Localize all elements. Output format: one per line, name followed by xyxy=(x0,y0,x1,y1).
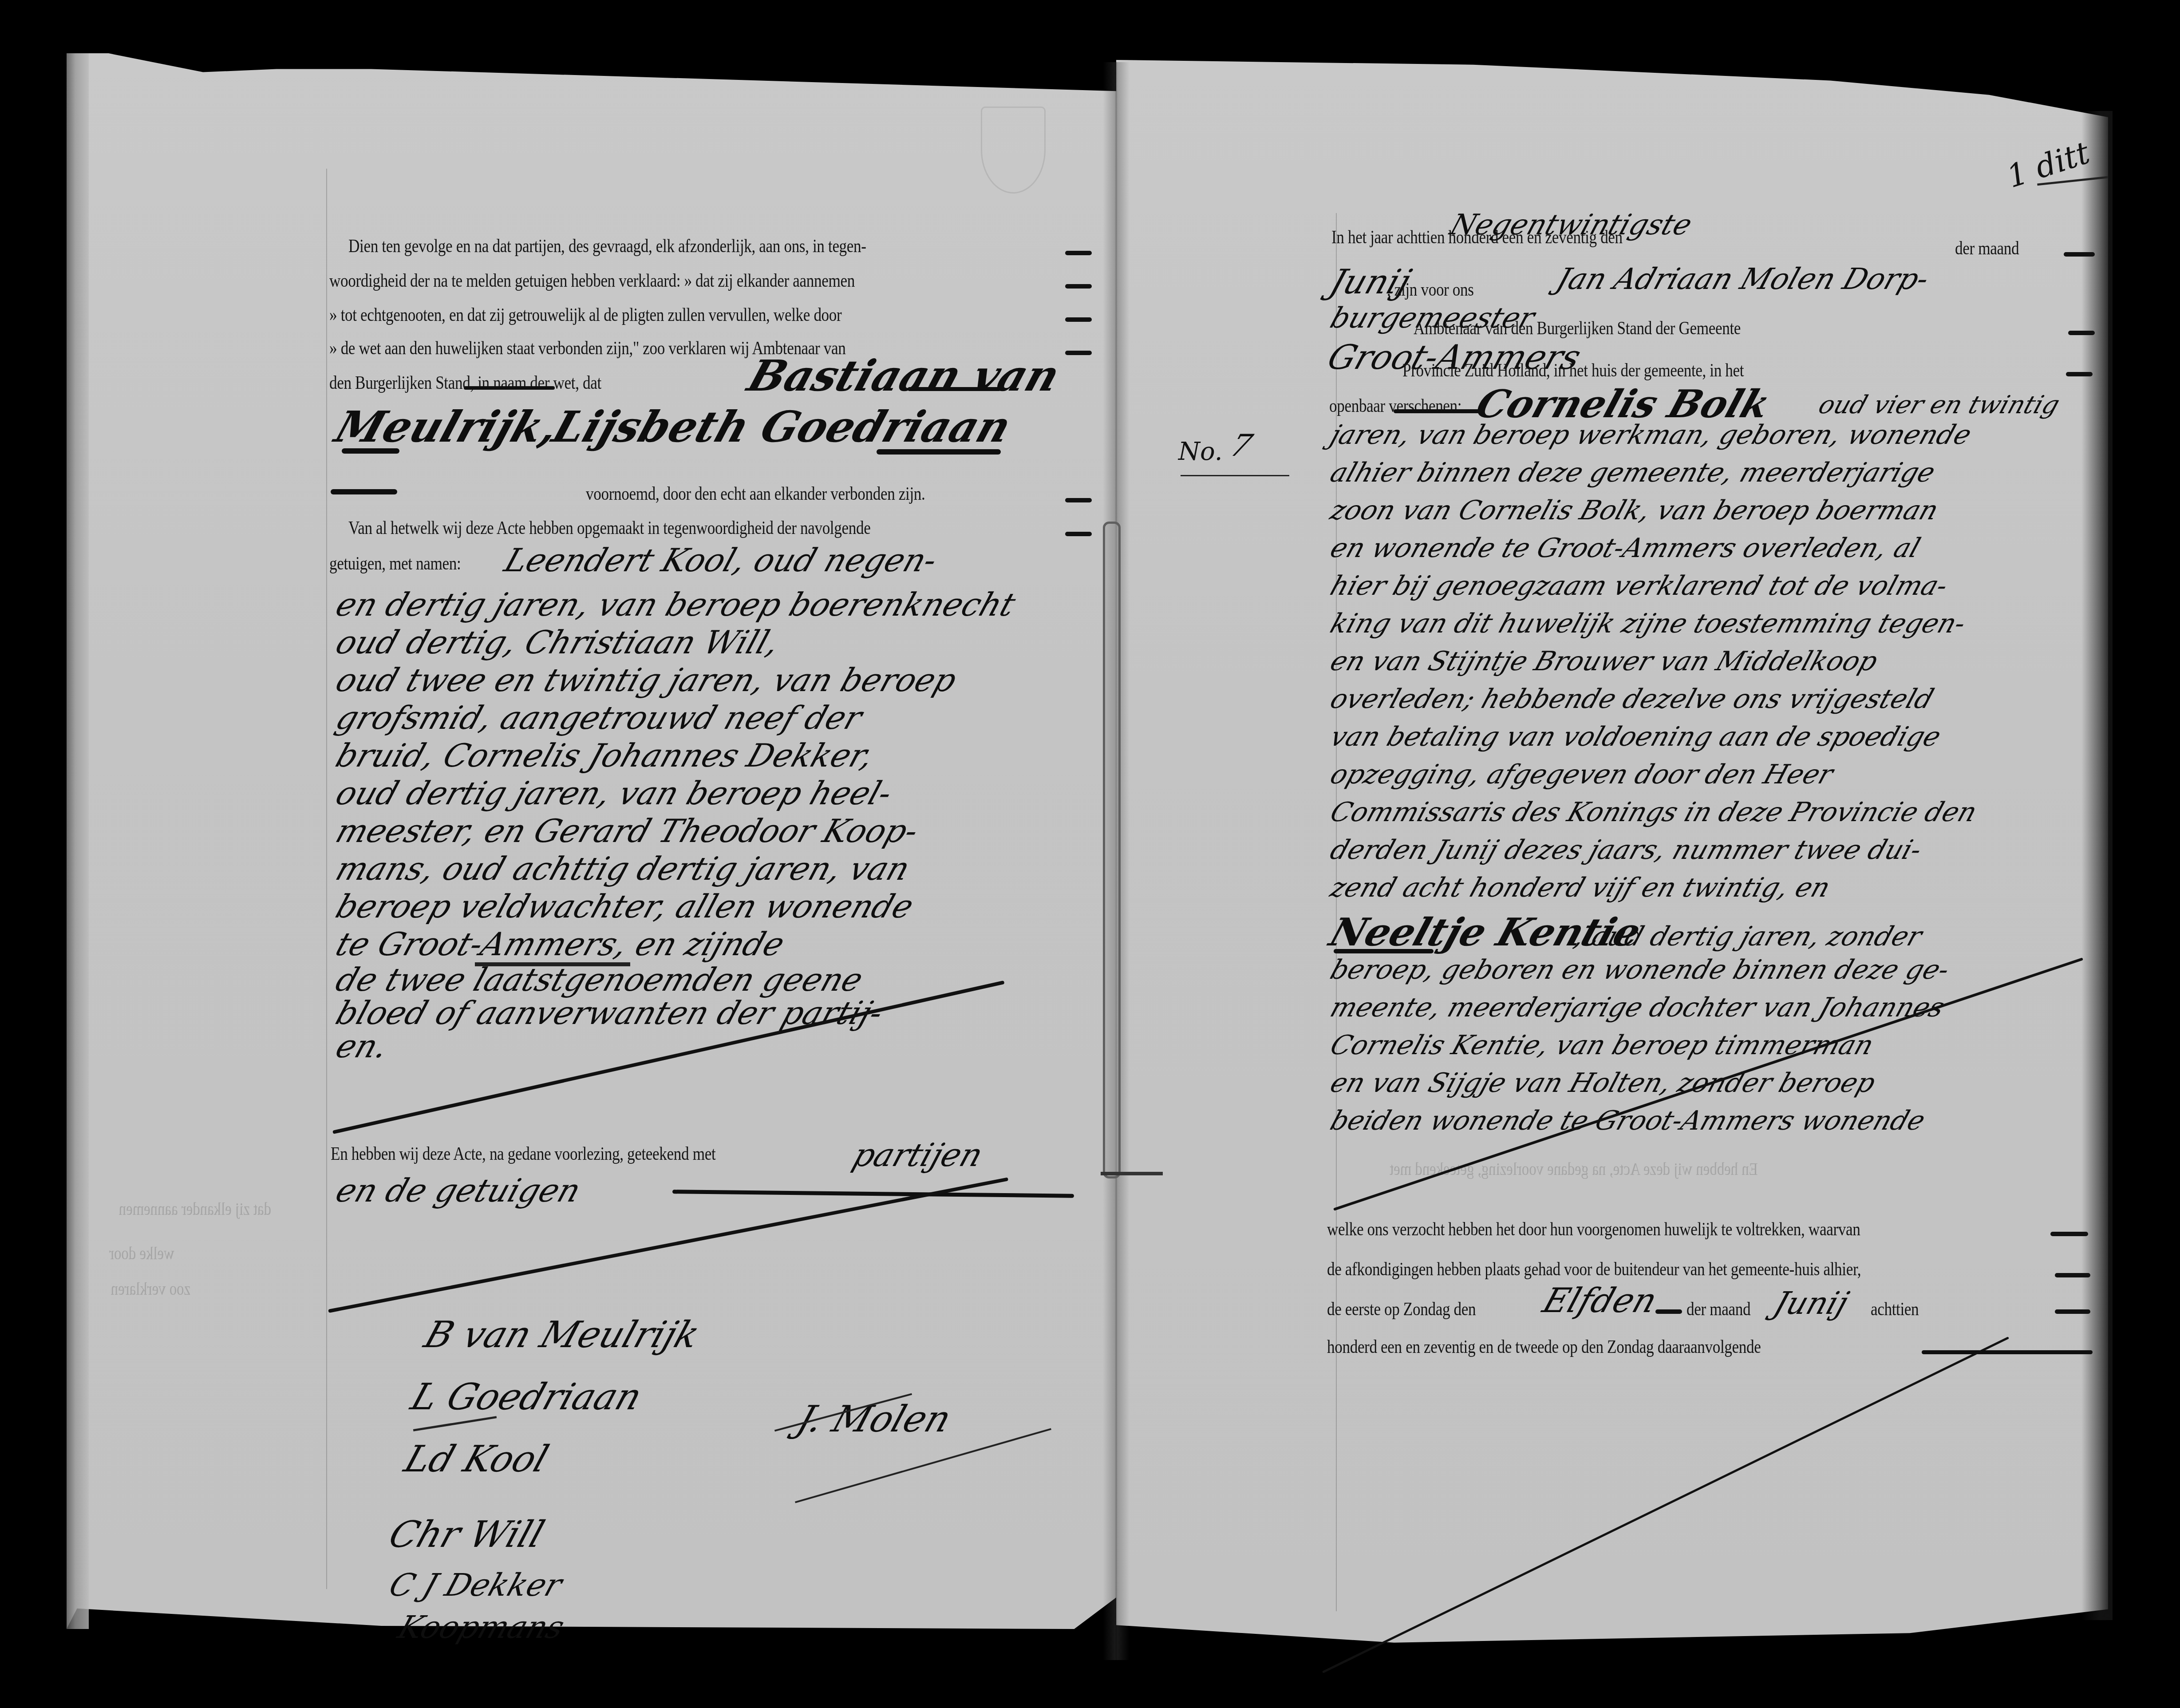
signed-with-handwritten: partijen xyxy=(848,1136,987,1174)
line-end-dash xyxy=(1065,251,1092,255)
body-line: zend acht honderd vijf en twintig, en xyxy=(1327,872,1834,903)
blank-fill-line xyxy=(331,489,397,494)
printed-line-5: den Burgerlijken Stand, in naam der wet,… xyxy=(329,372,601,394)
right-printed-line-2: der maand xyxy=(1955,237,2019,259)
groom-surname-handwritten: Meulrijk, xyxy=(329,402,565,452)
right-printed-line-10: der maand xyxy=(1686,1298,1750,1320)
right-printed-line-9: de eerste op Zondag den xyxy=(1327,1298,1476,1320)
printed-line-9: En hebben wij deze Acte, na gedane voorl… xyxy=(331,1143,715,1165)
line-end-dash xyxy=(2064,252,2095,257)
left-page-edge xyxy=(67,53,89,1629)
body-line: van betaling van voldoening aan de spoed… xyxy=(1327,721,1945,752)
bride-line: , oud dertig jaren, zonder xyxy=(1571,921,1926,952)
body-line: oud vier en twintig xyxy=(1815,391,2063,419)
record-number-label: No. xyxy=(1178,437,1223,466)
body-line: en wonende te Groot-Ammers overleden, al xyxy=(1327,533,1924,564)
line-end-dash xyxy=(2068,331,2095,335)
printed-line-2: woordigheid der na te melden getuigen he… xyxy=(329,270,855,292)
embossed-seal-icon xyxy=(981,107,1046,194)
right-printed-line-5: Provincie Zuid Holland, in het huis der … xyxy=(1402,360,1744,381)
witness-line: te Groot-Ammers, en zijnde xyxy=(331,925,789,963)
line-end-dash xyxy=(2055,1309,2090,1314)
signature-groom: B van Meulrijk xyxy=(419,1314,705,1356)
printed-line-8: getuigen, met namen: xyxy=(329,553,461,574)
body-line: derden Junij dezes jaars, nummer twee du… xyxy=(1327,834,1926,866)
signature-witness-kool: Ld Kool xyxy=(399,1438,554,1480)
body-line: opzegging, afgegeven door den Heer xyxy=(1327,759,1837,790)
witness-line: mans, oud achttig dertig jaren, van xyxy=(331,850,914,887)
line-end-dash xyxy=(1655,1309,1682,1314)
signature-witness-koopmans: Koopmans xyxy=(394,1609,569,1645)
signature-witness-will: Chr Will xyxy=(384,1514,549,1556)
line-end-dash xyxy=(2050,1232,2088,1236)
line-end-dash xyxy=(1065,498,1092,502)
witness-line: oud dertig, Christiaan Will, xyxy=(331,624,784,661)
body-line: king van dit huwelijk zijne toestemming … xyxy=(1327,608,1970,639)
underline xyxy=(877,449,1001,455)
right-printed-line-12: honderd een en zeventig en de tweede op … xyxy=(1327,1336,1761,1358)
end-fill-line xyxy=(1922,1350,2093,1354)
body-line: Commissaris des Konings in deze Provinci… xyxy=(1327,797,1981,828)
witness-line: Leendert Kool, oud negen- xyxy=(500,542,942,579)
witness-line: de twee laatstgenoemden geene xyxy=(331,961,868,998)
bleed-through-text: welke door xyxy=(109,1243,174,1264)
witness-line: en dertig jaren, van beroep boerenknecht xyxy=(331,586,1020,623)
bleed-through-text: dat zij elkander aannemen xyxy=(119,1198,271,1219)
right-printed-line-7: welke ons verzocht hebben het door hun v… xyxy=(1327,1218,1860,1240)
witness-line: grofsmid, aangetrouwd neef der xyxy=(331,699,867,736)
underline xyxy=(1334,949,1434,953)
body-line: overleden; hebbende dezelve ons vrijgest… xyxy=(1327,684,1938,715)
open-register-book: Dien ten gevolge en na dat partijen, des… xyxy=(0,0,2180,1708)
right-page-edge-shadow xyxy=(2081,111,2113,1620)
line-end-dash xyxy=(1065,351,1092,355)
line-end-dash xyxy=(1065,284,1092,289)
line-end-dash xyxy=(2055,1273,2090,1277)
right-printed-line-8: de afkondigingen hebben plaats gehad voo… xyxy=(1327,1258,1861,1280)
bride-name-handwritten: Lijsbeth Goedriaan xyxy=(547,402,1018,452)
body-line: hier bij genoegzaam verklarend tot de vo… xyxy=(1327,570,1952,601)
signature-witness-dekker: C J Dekker xyxy=(385,1567,567,1603)
body-line: alhier binnen deze gemeente, meerderjari… xyxy=(1327,457,1939,488)
bookmark-ribbon xyxy=(1103,522,1121,1178)
line-end-dash xyxy=(1065,317,1092,322)
left-margin-line xyxy=(326,169,327,1589)
official-name-handwritten: Jan Adriaan Molen Dorp- xyxy=(1552,262,1933,296)
bookmark-ribbon-end xyxy=(1101,1172,1163,1175)
witness-line: beroep veldwachter, allen wonende xyxy=(331,888,918,925)
witness-line: bruid, Cornelis Johannes Dekker, xyxy=(331,737,878,774)
first-proclamation-day: Elfden xyxy=(1538,1281,1662,1320)
printed-line-1: Dien ten gevolge en na dat partijen, des… xyxy=(348,235,866,257)
bleed-through-text: En hebben wij deze Acte, na gedane voorl… xyxy=(1390,1158,1758,1179)
body-line: jaren, van beroep werkman, geboren, wone… xyxy=(1327,419,1975,451)
signed-with-handwritten-2: en de getuigen xyxy=(331,1172,585,1209)
marriage-day-handwritten: Negentwintigste xyxy=(1446,209,1696,241)
bleed-through-text: zoo verklaren xyxy=(111,1278,190,1299)
witness-line: oud twee en twintig jaren, van beroep xyxy=(331,661,961,699)
bride-line: meente, meerderjarige dochter van Johann… xyxy=(1327,992,1948,1023)
groom-name-handwritten: Bastiaan van xyxy=(742,351,1066,401)
record-number-rule xyxy=(1181,475,1289,476)
first-proclamation-month: Junij xyxy=(1769,1285,1853,1321)
right-printed-line-11: achttien xyxy=(1871,1298,1919,1320)
body-line: en van Stijntje Brouwer van Middelkoop xyxy=(1327,646,1882,677)
underline xyxy=(342,448,399,454)
underline xyxy=(908,387,1001,391)
bride-line: en van Sijgje van Holten, zonder beroep xyxy=(1327,1067,1880,1099)
underline xyxy=(464,386,555,390)
line-end-dash xyxy=(2066,372,2093,376)
signature-bride: L Goedriaan xyxy=(406,1376,647,1418)
line-end-dash xyxy=(1065,532,1092,536)
witness-line: meester, en Gerard Theodoor Koop- xyxy=(331,812,923,850)
bride-line: beroep, geboren en wonende binnen deze g… xyxy=(1327,954,1954,985)
right-printed-line-4: Ambtenaar van den Burgerlijken Stand der… xyxy=(1414,317,1741,339)
right-printed-line-6: openbaar verschenen: xyxy=(1329,395,1461,417)
printed-line-3: » tot echtgenooten, en dat zij getrouwel… xyxy=(329,304,841,326)
right-printed-line-3: , zijn voor ons xyxy=(1387,279,1474,300)
underline xyxy=(1394,409,1482,413)
printed-line-6: voornoemd, door den echt aan elkander ve… xyxy=(586,483,925,505)
end-fill-line xyxy=(475,962,630,966)
printed-line-7: Van al hetwelk wij deze Acte hebben opge… xyxy=(348,517,870,539)
witness-line: oud dertig jaren, van beroep heel- xyxy=(331,775,896,812)
body-line: zoon van Cornelis Bolk, van beroep boerm… xyxy=(1327,495,1943,526)
